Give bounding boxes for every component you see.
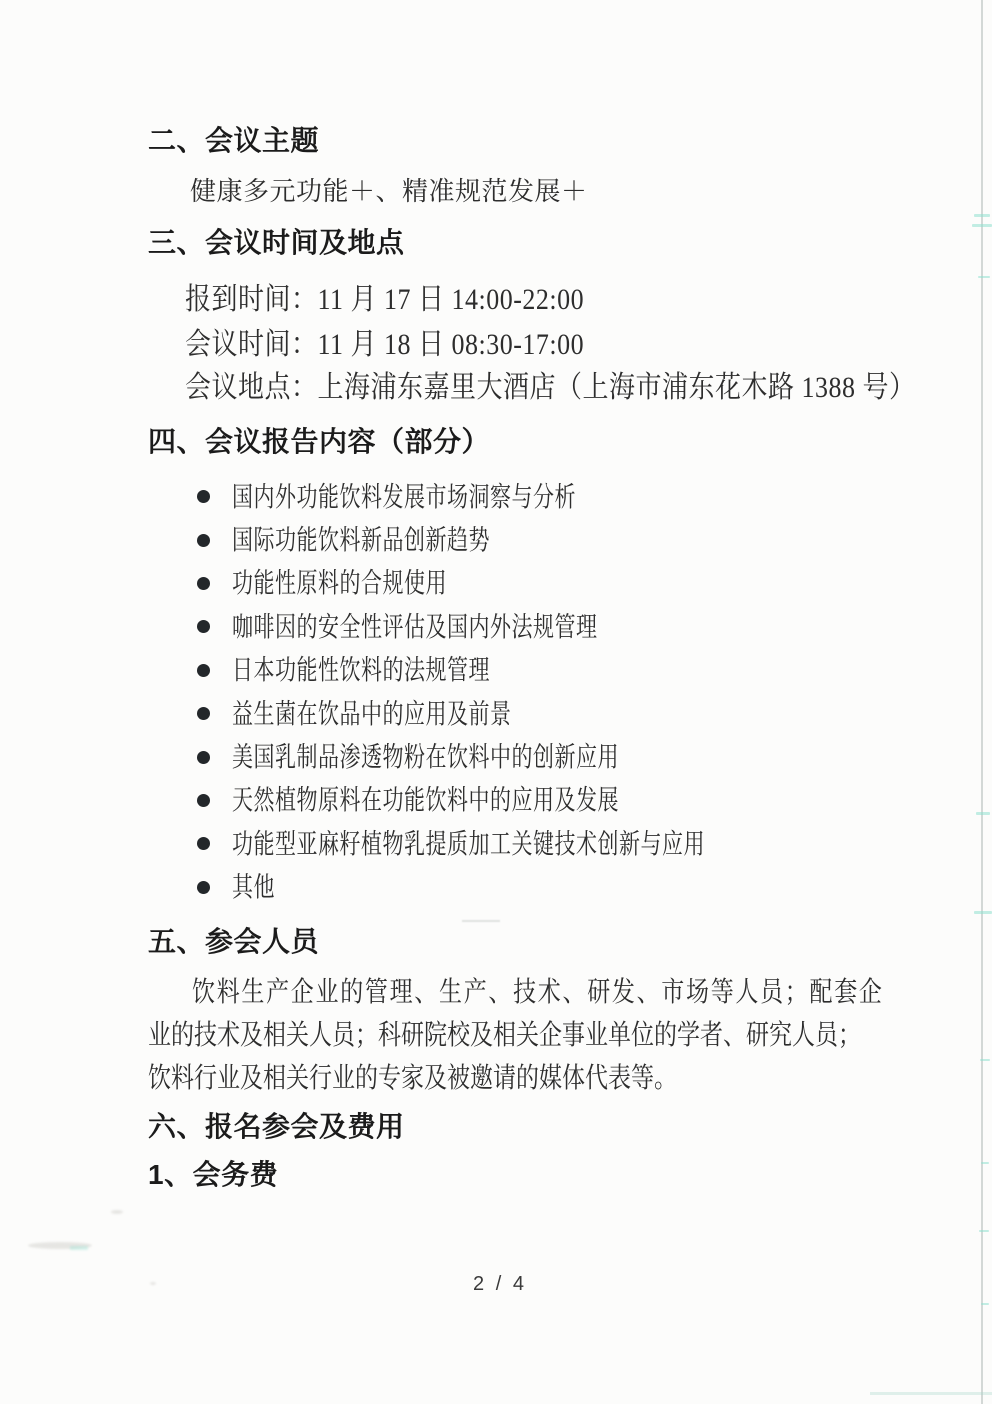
attendees-paragraph-line: 饮料行业及相关行业的专家及被邀请的媒体代表等。 <box>148 1062 677 1096</box>
report-topic-text: 其他 <box>232 870 275 904</box>
report-topic-item: 美国乳制品渗透物粉在饮料中的创新应用 <box>197 735 705 778</box>
report-topic-text: 天然植物原料在功能饮料中的应用及发展 <box>232 784 619 818</box>
scan-artifact-teal <box>980 1059 990 1061</box>
meeting-place-line: 会议地点：上海浦东嘉里大酒店（上海市浦东花木路 1388 号） <box>185 372 916 404</box>
section-heading-registration: 六、报名参会及费用 <box>148 1112 405 1142</box>
bullet-icon <box>197 881 210 894</box>
scan-smudge-teal <box>70 1246 88 1250</box>
report-topic-item: 国际功能饮料新品创新趋势 <box>197 518 705 561</box>
attendees-paragraph-line: 饮料生产企业的管理、生产、技术、研发、市场等人员；配套企 <box>192 976 884 1010</box>
report-topic-item: 功能性原料的合规使用 <box>197 562 705 605</box>
subheading-conference-fee: 1、会务费 <box>148 1160 278 1190</box>
section-heading-theme: 二、会议主题 <box>148 126 319 156</box>
report-topic-item: 日本功能性饮料的法规管理 <box>197 649 705 692</box>
bullet-icon <box>197 794 210 807</box>
report-topic-item: 其他 <box>197 866 705 909</box>
report-topic-item: 功能型亚麻籽植物乳提质加工关键技术创新与应用 <box>197 822 705 865</box>
scan-artifact-teal <box>981 1303 989 1305</box>
report-topic-text: 功能型亚麻籽植物乳提质加工关键技术创新与应用 <box>232 827 705 861</box>
scan-edge-line <box>981 0 983 1404</box>
report-topic-text: 功能性原料的合规使用 <box>232 567 447 601</box>
bullet-icon <box>197 751 210 764</box>
scan-artifact-teal <box>976 812 990 815</box>
attendees-paragraph-line: 业的技术及相关人员；科研院校及相关企事业单位的学者、研究人员； <box>148 1019 861 1053</box>
section-heading-time-place: 三、会议时间及地点 <box>148 228 405 258</box>
section-heading-report-content: 四、会议报告内容（部分） <box>148 427 490 457</box>
report-topic-text: 益生菌在饮品中的应用及前景 <box>232 697 512 731</box>
bullet-icon <box>197 707 210 720</box>
report-topic-item: 咖啡因的安全性评估及国内外法规管理 <box>197 605 705 648</box>
bullet-icon <box>197 534 210 547</box>
scan-artifact-teal <box>979 1230 989 1232</box>
scan-artifact-hairline <box>462 920 500 922</box>
scan-artifact-teal <box>974 214 990 217</box>
registration-time-line: 报到时间：11 月 17 日 14:00-22:00 <box>185 284 584 316</box>
scan-artifact-teal <box>974 911 992 914</box>
report-topic-text: 美国乳制品渗透物粉在饮料中的创新应用 <box>232 740 619 774</box>
report-topic-text: 国内外功能饮料发展市场洞察与分析 <box>232 480 576 514</box>
bullet-icon <box>197 664 210 677</box>
scan-smudge <box>150 1282 156 1285</box>
conference-theme-text: 健康多元功能＋、精准规范发展＋ <box>190 178 588 206</box>
report-topic-text: 日本功能性饮料的法规管理 <box>232 653 490 687</box>
bullet-icon <box>197 490 210 503</box>
scan-artifact-teal <box>981 1162 989 1164</box>
report-topic-text: 咖啡因的安全性评估及国内外法规管理 <box>232 610 598 644</box>
bullet-icon <box>197 620 210 633</box>
bullet-icon <box>197 577 210 590</box>
report-topic-text: 国际功能饮料新品创新趋势 <box>232 523 490 557</box>
scan-smudge <box>111 1210 123 1214</box>
scan-artifact-teal <box>978 276 990 278</box>
scan-artifact-band <box>870 1392 992 1395</box>
report-topic-item: 国内外功能饮料发展市场洞察与分析 <box>197 475 705 518</box>
scanned-document-page: 二、会议主题 健康多元功能＋、精准规范发展＋ 三、会议时间及地点 报到时间：11… <box>0 0 992 1404</box>
report-topic-item: 天然植物原料在功能饮料中的应用及发展 <box>197 779 705 822</box>
report-topics-list: 国内外功能饮料发展市场洞察与分析 国际功能饮料新品创新趋势 功能性原料的合规使用… <box>197 475 705 909</box>
section-heading-attendees: 五、参会人员 <box>148 927 319 957</box>
bullet-icon <box>197 837 210 850</box>
meeting-time-line: 会议时间：11 月 18 日 08:30-17:00 <box>185 329 584 361</box>
report-topic-item: 益生菌在饮品中的应用及前景 <box>197 692 705 735</box>
scan-artifact-teal <box>972 224 992 227</box>
page-number: 2 / 4 <box>400 1272 600 1296</box>
